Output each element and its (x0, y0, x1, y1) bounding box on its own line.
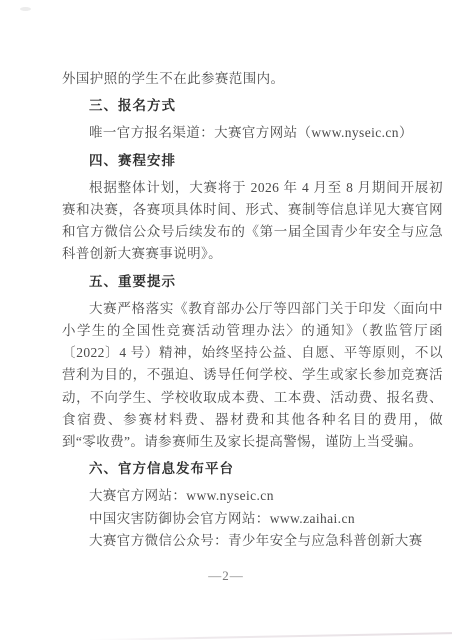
section-heading-important-notice: 五、重要提示 (62, 271, 443, 293)
section-heading-registration: 三、报名方式 (62, 95, 443, 117)
document-content: 外国护照的学生不在此参赛范围内。 三、报名方式 唯一官方报名渠道：大赛官方网站（… (62, 68, 443, 552)
paragraph-wechat-account: 大赛官方微信公众号：青少年安全与应急科普创新大赛 (62, 530, 443, 552)
scan-crease-line (88, 632, 452, 640)
paragraph-continuation: 外国护照的学生不在此参赛范围内。 (62, 68, 443, 90)
paragraph-registration-channel: 唯一官方报名渠道：大赛官方网站（www.nyseic.cn） (62, 122, 443, 144)
page-number: —2— (0, 568, 452, 584)
paragraph-official-website: 大赛官方网站：www.nyseic.cn (62, 485, 443, 507)
section-heading-official-platforms: 六、官方信息发布平台 (62, 458, 443, 480)
paragraph-schedule: 根据整体计划，大赛将于 2026 年 4 月至 8 月期间开展初赛和决赛，各赛项… (62, 177, 443, 266)
scanned-document-page: 外国护照的学生不在此参赛范围内。 三、报名方式 唯一官方报名渠道：大赛官方网站（… (0, 0, 452, 640)
section-heading-schedule: 四、赛程安排 (62, 150, 443, 172)
paragraph-association-website: 中国灾害防御协会官方网站：www.zaihai.cn (62, 508, 443, 530)
scan-artifact-smudge (20, 7, 31, 11)
paragraph-important-notice: 大赛严格落实《教育部办公厅等四部门关于印发〈面向中小学生的全国性竞赛活动管理办法… (62, 298, 443, 453)
